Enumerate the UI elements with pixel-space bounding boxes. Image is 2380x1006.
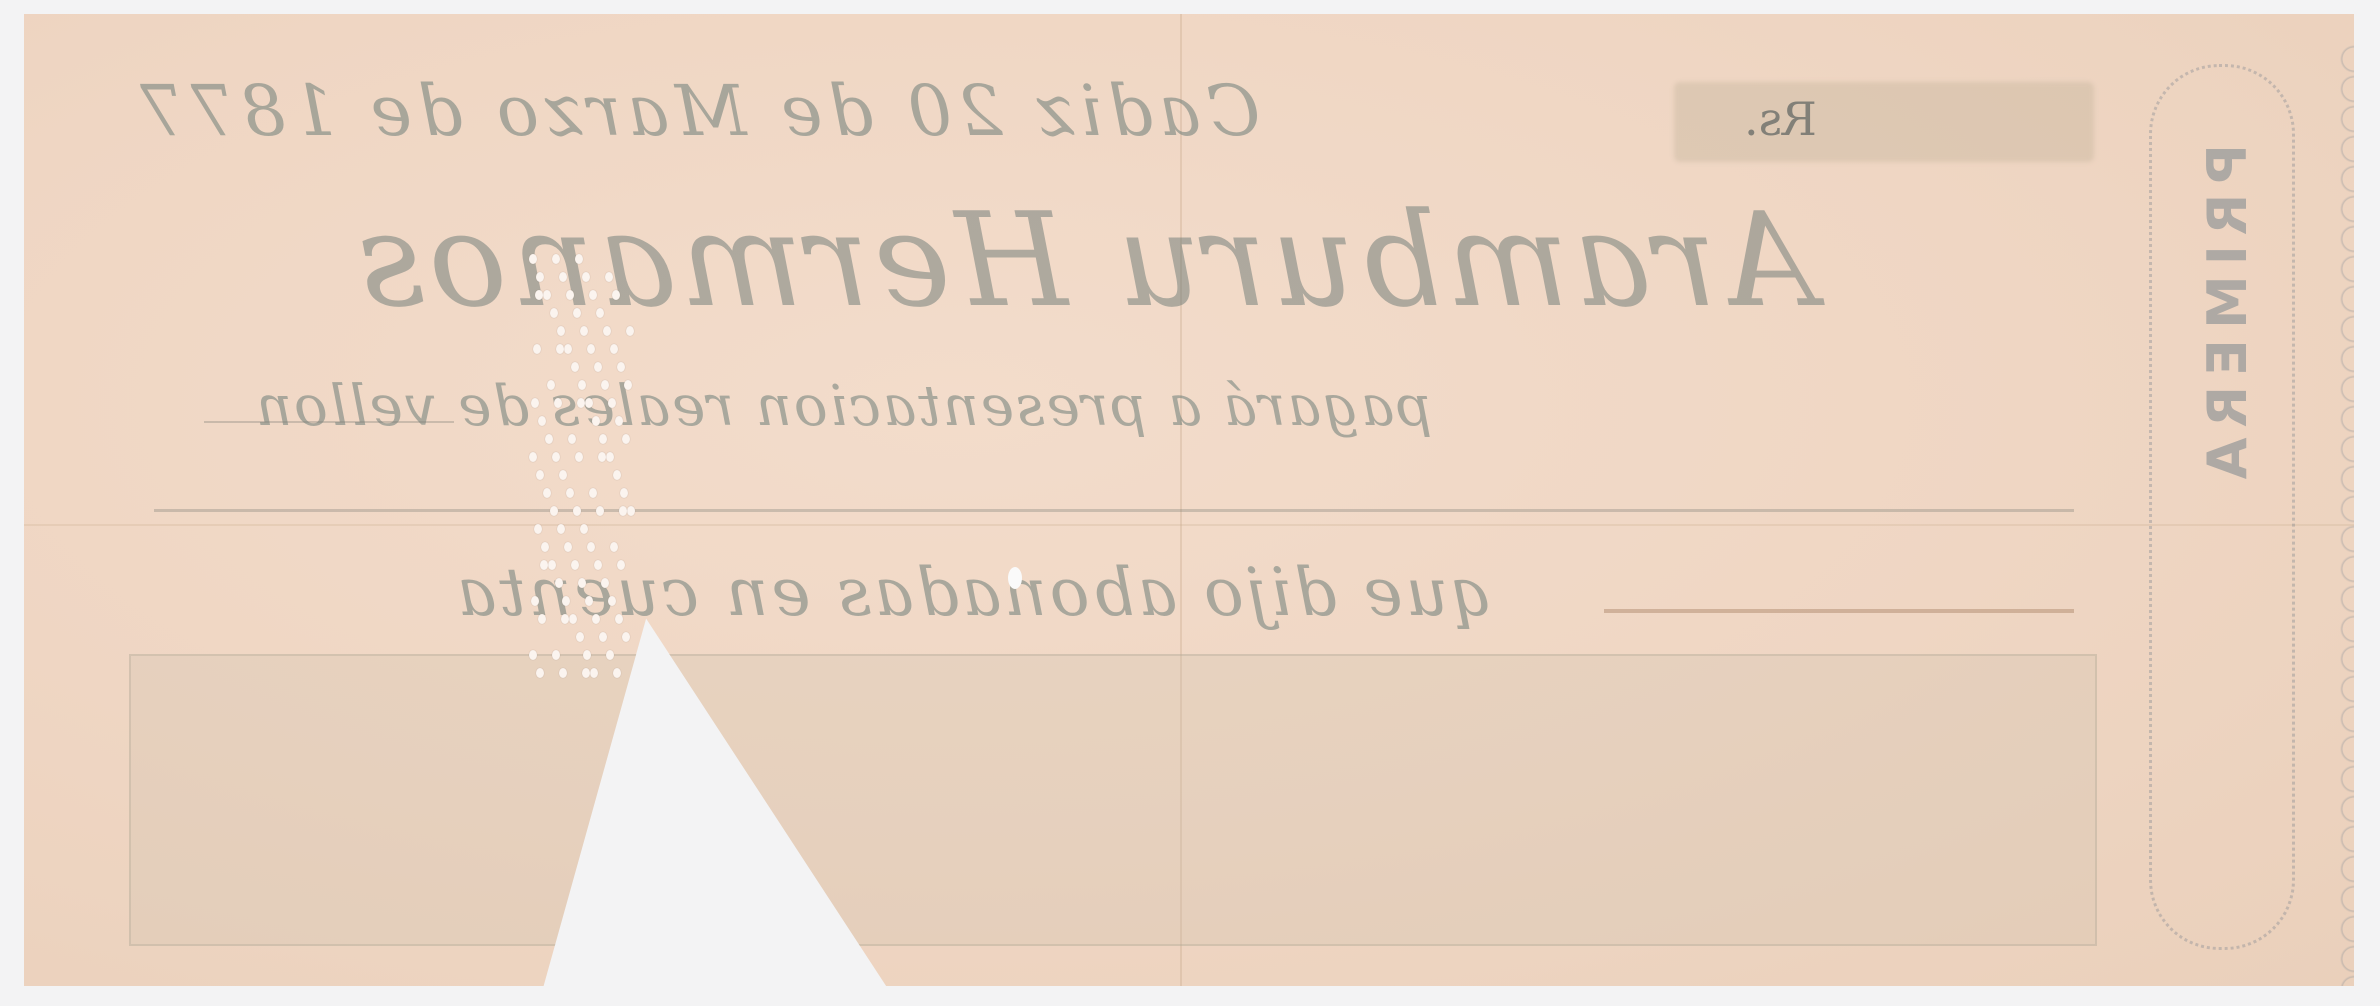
perforation-dot xyxy=(594,362,602,372)
perforation-dot xyxy=(587,344,595,354)
cheque-paper: Rs. Cadiz 20 de Marzo de 1877 Aramburu H… xyxy=(24,14,2354,986)
separator-rule xyxy=(154,509,2074,512)
perforation-dot xyxy=(590,668,598,678)
perforation-dot xyxy=(585,398,593,408)
perforation-dot xyxy=(557,524,565,534)
perforation-dot xyxy=(533,344,541,354)
perforation-dot xyxy=(598,452,606,462)
perforation-dot xyxy=(606,452,614,462)
perforation-dot xyxy=(547,380,555,390)
perforation-dot xyxy=(624,380,632,390)
perforation-dot xyxy=(627,506,635,516)
perforation-dot xyxy=(580,326,588,336)
perforation-dot xyxy=(601,380,609,390)
perforation-dot xyxy=(580,524,588,534)
perforation-dot xyxy=(615,614,623,624)
perforation-dot xyxy=(564,542,572,552)
perforation-dot xyxy=(548,560,556,570)
perforation-dot xyxy=(608,398,616,408)
perforation-dot xyxy=(571,560,579,570)
perforation-dot xyxy=(559,668,567,678)
perforation-dot xyxy=(550,506,558,516)
amount-line: pagará a presentacion reales de vellon xyxy=(254,374,1432,439)
perforation-dot xyxy=(529,650,537,660)
perforation-dot xyxy=(596,308,604,318)
perforation-dot xyxy=(610,344,618,354)
perforation-dot xyxy=(536,272,544,282)
perforation-dot xyxy=(571,362,579,372)
perforation-dot xyxy=(529,452,537,462)
perforation-dot xyxy=(575,254,583,264)
perforation-dot xyxy=(556,344,564,354)
perforation-dot xyxy=(619,506,627,516)
perforation-dot xyxy=(620,488,628,498)
perforation-dot xyxy=(536,668,544,678)
perforation-dot xyxy=(585,596,593,606)
perforation-dot xyxy=(605,272,613,282)
perforation-dot xyxy=(557,326,565,336)
perforation-dot xyxy=(589,488,597,498)
perforation-dot xyxy=(587,542,595,552)
terms-line: que dijo abonadas en cuenta xyxy=(454,554,1493,631)
perforation-dot xyxy=(545,434,553,444)
perforation-dot xyxy=(583,650,591,660)
perforation-dot xyxy=(578,380,586,390)
perforation-dot xyxy=(531,596,539,606)
perforation-dot xyxy=(599,632,607,642)
horizontal-fold xyxy=(24,524,2354,526)
perforation-dot xyxy=(592,416,600,426)
perforation-dot xyxy=(534,524,542,534)
perforation-dot xyxy=(582,272,590,282)
stamp-value: Rs. xyxy=(1744,92,1817,146)
terms-rule xyxy=(1604,609,2074,613)
perforation-dot xyxy=(554,398,562,408)
perforation-dot xyxy=(610,542,618,552)
perforation-dot xyxy=(577,398,585,408)
perforation-dot xyxy=(592,614,600,624)
perforation-dot xyxy=(612,290,620,300)
perforation-dot xyxy=(552,254,560,264)
perforation-dot xyxy=(538,416,546,426)
perforation-dot xyxy=(626,326,634,336)
date-line: Cadiz 20 de Marzo de 1877 xyxy=(134,70,1260,152)
perforation-dot xyxy=(559,470,567,480)
perforation-dot xyxy=(582,668,590,678)
perforation-dot xyxy=(613,470,621,480)
perforation-dot xyxy=(573,308,581,318)
perforation-dot xyxy=(576,632,584,642)
perforation-dot xyxy=(543,488,551,498)
stamp-box xyxy=(1674,82,2094,162)
perforation-dot xyxy=(589,290,597,300)
perforation-dot xyxy=(617,560,625,570)
series-label: PRIMERA xyxy=(2196,144,2259,489)
perforation-dot xyxy=(596,506,604,516)
perforation-dot xyxy=(601,578,609,588)
punch-hole xyxy=(1008,567,1022,589)
perforation-dot xyxy=(599,434,607,444)
perforation-dot xyxy=(536,470,544,480)
perforation-dot xyxy=(569,614,577,624)
perforation-dot xyxy=(566,290,574,300)
perforation-dot xyxy=(543,290,551,300)
perforation-dot xyxy=(541,542,549,552)
perforation-dot xyxy=(613,668,621,678)
perforation-dot xyxy=(552,650,560,660)
amount-rule xyxy=(204,421,454,423)
perforation-dot xyxy=(617,362,625,372)
perforation-dot xyxy=(575,452,583,462)
perforation-dot xyxy=(531,398,539,408)
perforation-dot xyxy=(562,596,570,606)
perforation-dot xyxy=(622,632,630,642)
perforated-edge xyxy=(2334,44,2374,994)
perforation-dot xyxy=(535,290,543,300)
perforation-dot xyxy=(603,326,611,336)
perforation-dot xyxy=(564,344,572,354)
perforation-dot xyxy=(561,614,569,624)
perforation-dot xyxy=(529,254,537,264)
perforation-dot xyxy=(559,272,567,282)
perforation-dot xyxy=(606,650,614,660)
perforation-dot xyxy=(550,308,558,318)
perforation-dot xyxy=(615,416,623,426)
perforation-dot xyxy=(573,506,581,516)
perforation-dot xyxy=(578,578,586,588)
perforation-dot xyxy=(538,614,546,624)
perforation-dot xyxy=(622,434,630,444)
perforation-dot xyxy=(552,452,560,462)
perforation-dot xyxy=(594,560,602,570)
perforation-dot xyxy=(555,578,563,588)
perforation-dot xyxy=(608,596,616,606)
signature-box xyxy=(129,654,2097,946)
perforation-dot xyxy=(568,434,576,444)
perforation-dot xyxy=(566,488,574,498)
perforation-dot xyxy=(540,560,548,570)
